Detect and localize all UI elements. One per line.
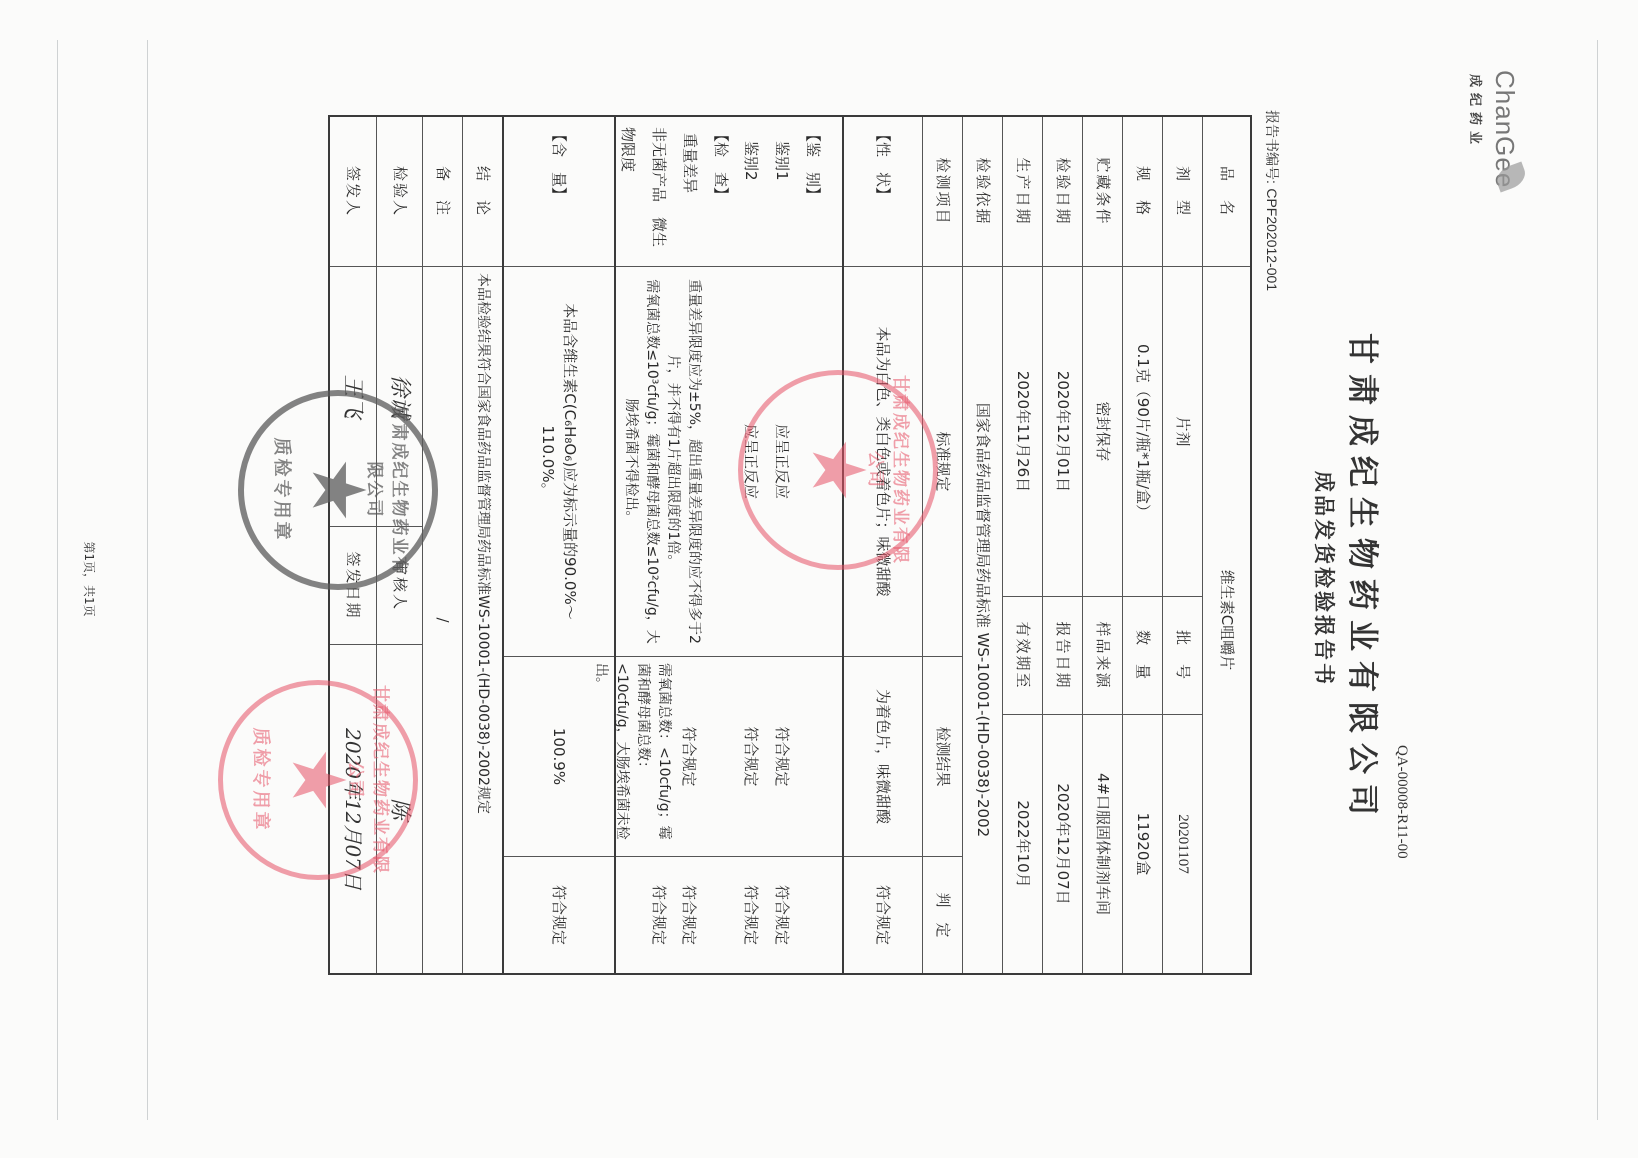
star-icon: ★	[281, 747, 355, 813]
issuer-label: 签发人	[330, 117, 376, 267]
item-identification-2: 鉴别2	[736, 127, 767, 260]
spec-value: 0.1克（90片/瓶*1瓶/盒）	[1123, 267, 1162, 597]
standard-text: 重量差异限度应为±5%，超出重量差异限度的应不得多于2片，并不得有1片超出限度的…	[663, 273, 705, 650]
item-weight-variation: 重量差异	[674, 127, 705, 260]
report-date-label: 报告日期	[1043, 597, 1082, 715]
report-number: 报告书编号: CPF202012-001	[1262, 110, 1282, 291]
remark-label: 备 注	[423, 117, 462, 267]
page-indicator: 第1页，共1页	[81, 0, 98, 1158]
report-number-label: 报告书编号:	[1264, 110, 1280, 184]
row-spec: 规 格 0.1克（90片/瓶*1瓶/盒） 数 量 11920盒	[1122, 117, 1162, 973]
result-column: 符合规定 符合规定 符合规定 需氧菌总数：<10cfu/g；霉菌和酵母菌总数：<…	[616, 657, 842, 857]
report-title: 成品发货检验报告书	[1310, 0, 1340, 1158]
seal-text: 甘肃成纪生物药业有限公司	[364, 396, 414, 584]
judgement-text: 符合规定	[844, 857, 922, 973]
expiry-value: 2022年10月	[1003, 715, 1042, 973]
result-text: 符合规定	[766, 663, 797, 850]
result-text: 符合规定	[674, 663, 705, 850]
star-icon: ★	[801, 437, 875, 503]
standard-text: 需氧菌总数≤10³cfu/g；霉菌和酵母菌总数≤10²cfu/g，大肠埃希菌不得…	[621, 273, 663, 650]
row-prod-date: 生产日期 2020年11月26日 有效期至 2022年10月	[1002, 117, 1042, 973]
seal-qc-text: 质检专用章	[270, 396, 296, 584]
qc-seal-gray: 甘肃成纪生物药业有限公司 ★ 质检专用章	[238, 390, 438, 590]
company-logo: ChanGee 成纪药业	[1460, 70, 1520, 220]
item-labels: 【鉴 别】 鉴别1 鉴别2 【检 查】 重量差异 非无菌产品 微生物限度	[616, 117, 842, 267]
item-assay: 【含 量】	[504, 117, 614, 267]
report-number-value: CPF202012-001	[1264, 188, 1280, 291]
scan-line	[147, 40, 148, 1120]
judgement-text: 符合规定	[766, 863, 797, 967]
row-remark: 备 注 /	[422, 117, 462, 973]
seal-text: 甘肃成纪生物药业有限公司	[345, 685, 395, 875]
dosage-form-label: 剂 型	[1163, 117, 1202, 267]
result-text: 为着色片，味微甜酸	[844, 657, 922, 857]
row-storage: 贮藏条件 密封保存 样品来源 4#口服固体制剂车间	[1082, 117, 1122, 973]
judgement-text: 符合规定	[504, 857, 614, 973]
qc-seal-red: 甘肃成纪生物药业有限公司 ★ 质检专用章	[218, 680, 418, 880]
col-header-result: 检测结果	[923, 657, 962, 857]
conclusion-text: 本品检验结果符合国家食品药品监督管理局药品标准WS-10001-(HD-0038…	[463, 267, 502, 973]
row-dosage-form: 剂 型 片剂 批 号 20201107	[1162, 117, 1202, 973]
conclusion-label: 结 论	[463, 117, 502, 267]
basis-label: 检验依据	[963, 117, 1002, 267]
document-code: QA-00008-R11-00	[1393, 745, 1410, 859]
judgement-text: 符合规定	[674, 863, 705, 967]
source-value: 4#口服固体制剂车间	[1083, 715, 1122, 973]
row-basis: 检验依据 国家食品药品监督管理局药品标准 WS-10001-(HD-0038)-…	[962, 117, 1002, 973]
company-seal-red: 甘肃成纪生物药业有限公司 ★	[738, 370, 938, 570]
scan-line	[57, 40, 58, 1120]
row-product-name: 品 名 维生素C咀嚼片	[1202, 117, 1250, 973]
storage-label: 贮藏条件	[1083, 117, 1122, 267]
row-column-headers: 检测项目 标准规定 检测结果 判 定	[922, 117, 962, 973]
item-identification-1: 鉴别1	[767, 127, 798, 260]
company-title: 甘肃成纪生物药业有限公司	[1343, 0, 1388, 1158]
inspect-date-value: 2020年12月01日	[1043, 267, 1082, 597]
prod-date-value: 2020年11月26日	[1003, 267, 1042, 597]
row-inspect-date: 检验日期 2020年12月01日 报告日期 2020年12月07日	[1042, 117, 1082, 973]
dosage-form-value: 片剂	[1163, 267, 1202, 597]
item-identification: 【鉴 别】	[797, 127, 828, 260]
expiry-label: 有效期至	[1003, 597, 1042, 715]
row-conclusion: 结 论 本品检验结果符合国家食品药品监督管理局药品标准WS-10001-(HD-…	[462, 117, 502, 973]
result-text: 符合规定	[736, 663, 767, 850]
inspect-date-label: 检验日期	[1043, 117, 1082, 267]
report-page: ChanGee 成纪药业 QA-00008-R11-00 甘肃成纪生物药业有限公…	[0, 0, 1638, 1158]
report-date-value: 2020年12月07日	[1043, 715, 1082, 973]
inspector-label: 检验人	[377, 117, 422, 267]
table-row: 【含 量】 本品含维生素C(C₆H₈O₆)应为标示量的90.0%～110.0%。…	[502, 117, 614, 973]
judgement-text: 符合规定	[643, 863, 674, 967]
col-header-judgement: 判 定	[923, 857, 962, 973]
storage-value: 密封保存	[1083, 267, 1122, 597]
quantity-value: 11920盒	[1123, 715, 1162, 973]
logo-chinese: 成纪药业	[1467, 74, 1486, 150]
source-label: 样品来源	[1083, 597, 1122, 715]
prod-date-label: 生产日期	[1003, 117, 1042, 267]
item-appearance: 【性 状】	[844, 117, 922, 267]
item-microbial-limit: 非无菌产品 微生物限度	[613, 127, 675, 260]
item-check: 【检 查】	[705, 127, 736, 260]
batch-label: 批 号	[1163, 597, 1202, 715]
result-text: 100.9%	[504, 657, 614, 857]
spec-label: 规 格	[1123, 117, 1162, 267]
seal-text: 甘肃成纪生物药业有限公司	[865, 375, 915, 565]
col-header-item: 检测项目	[923, 117, 962, 267]
remark-value: /	[423, 267, 462, 973]
product-name-label: 品 名	[1203, 117, 1250, 267]
batch-value: 20201107	[1163, 715, 1202, 973]
product-name-value: 维生素C咀嚼片	[1203, 267, 1250, 973]
judgement-column: 符合规定 符合规定 符合规定 符合规定	[616, 857, 842, 973]
basis-value: 国家食品药品监督管理局药品标准 WS-10001-(HD-0038)-2002	[963, 267, 1002, 973]
standard-text: 本品含维生素C(C₆H₈O₆)应为标示量的90.0%～110.0%。	[504, 267, 614, 657]
judgement-text: 符合规定	[736, 863, 767, 967]
quantity-label: 数 量	[1123, 597, 1162, 715]
scan-line	[1597, 40, 1598, 1120]
seal-qc-text: 质检专用章	[249, 685, 275, 875]
